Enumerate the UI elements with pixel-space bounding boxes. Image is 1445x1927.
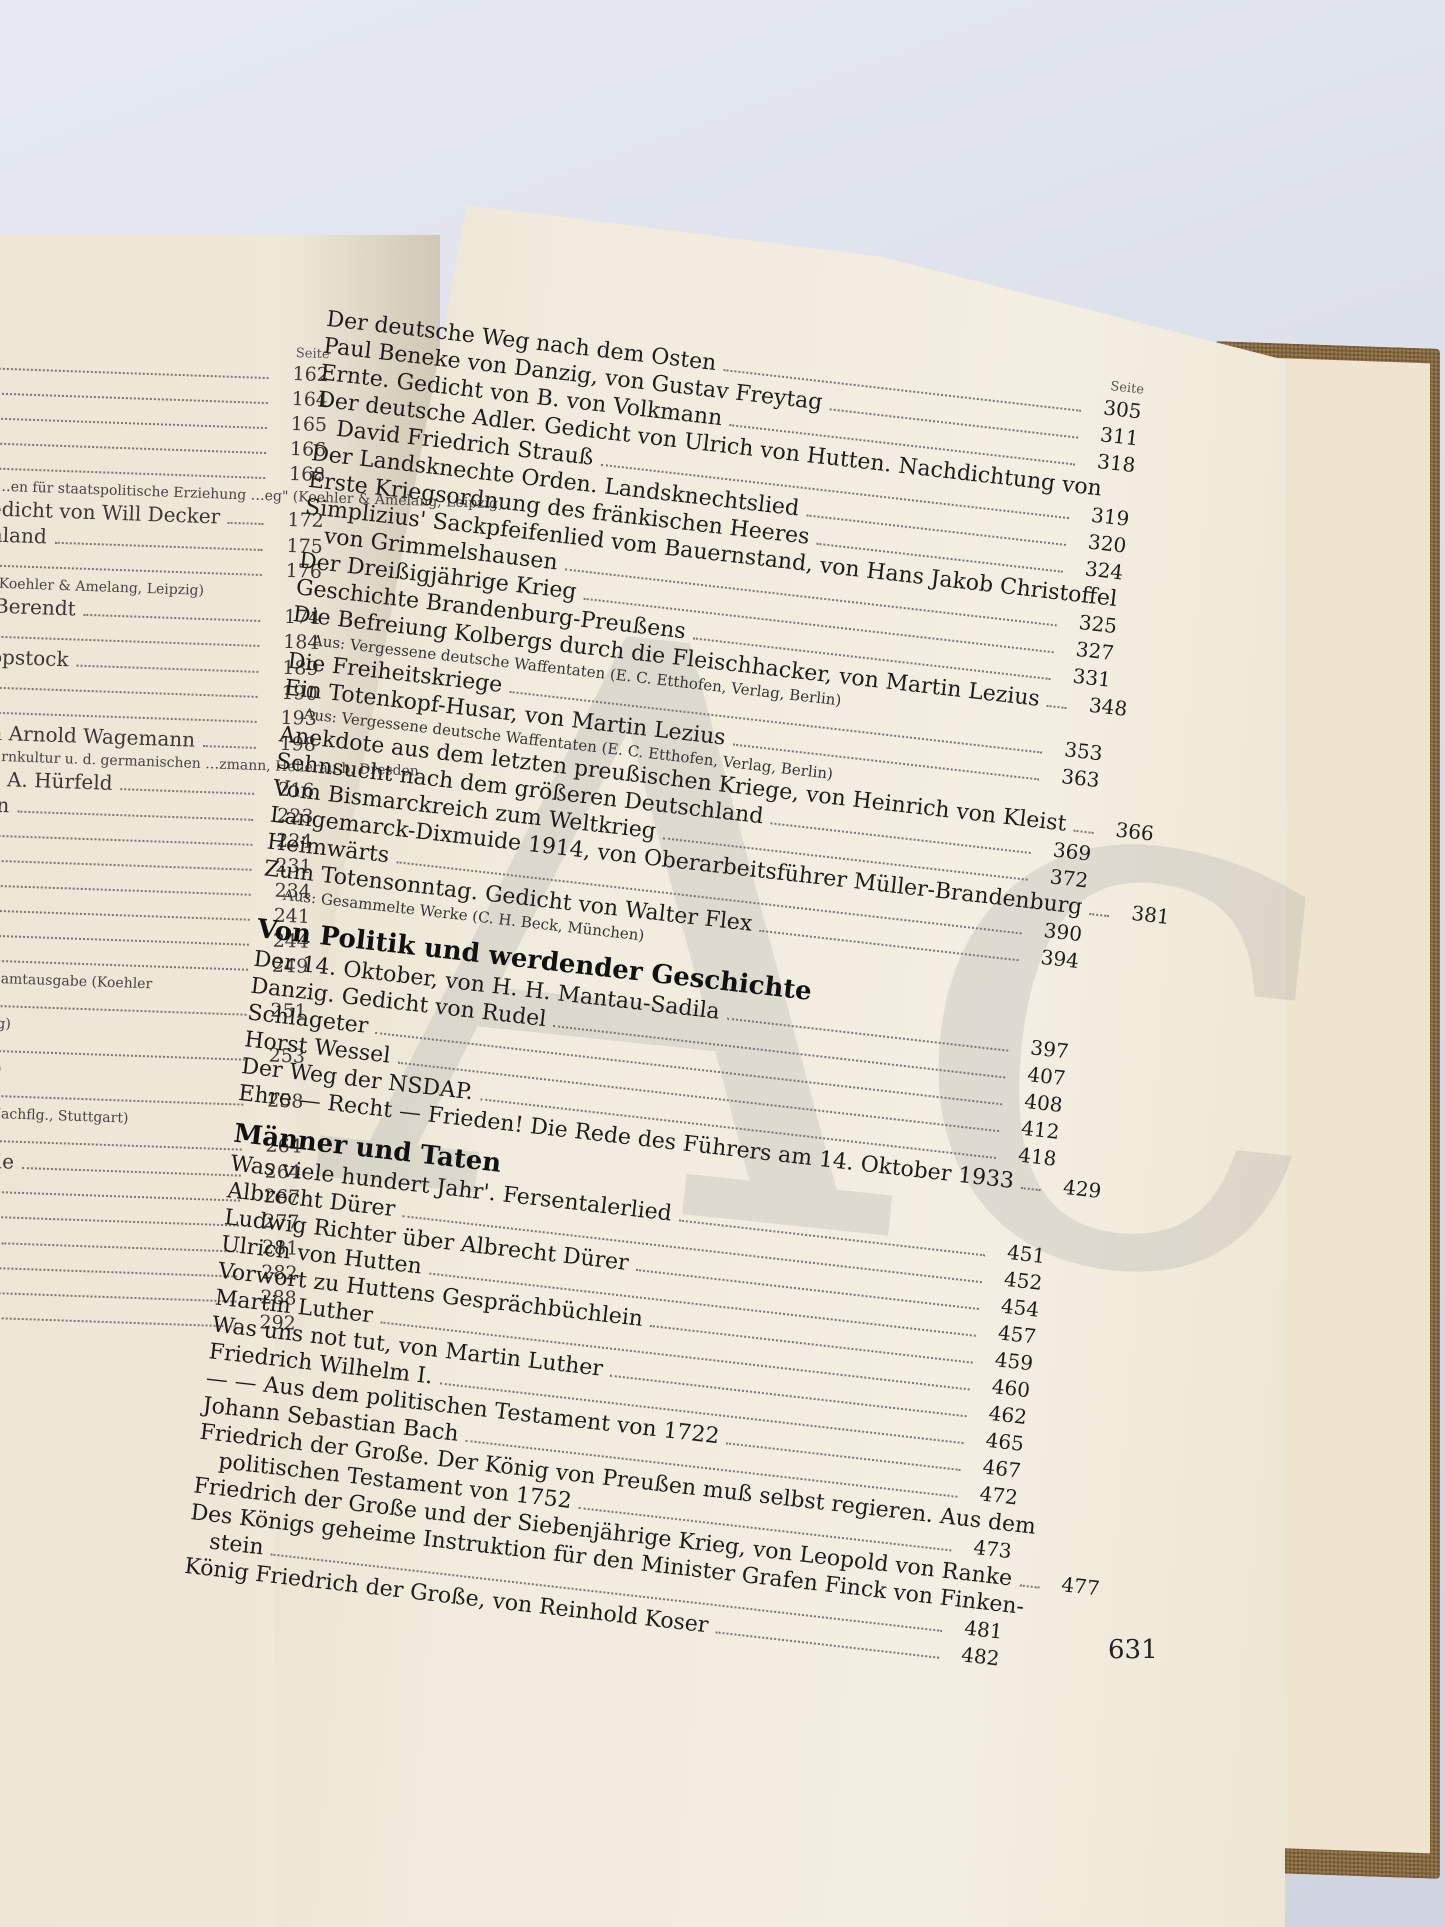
dot-leader bbox=[0, 959, 248, 971]
toc-entry-page: 366 bbox=[1100, 815, 1155, 848]
dot-leader bbox=[0, 1139, 242, 1151]
toc-entry-title: …eide bbox=[0, 1148, 14, 1175]
dot-leader bbox=[0, 909, 250, 921]
dot-leader bbox=[0, 711, 257, 723]
toc-entry-page: 381 bbox=[1116, 898, 1171, 931]
dot-leader bbox=[0, 1291, 236, 1303]
dot-leader bbox=[0, 859, 252, 871]
toc-entry-title: Jahn bbox=[0, 792, 10, 819]
dot-leader bbox=[1, 1242, 238, 1252]
dot-leader bbox=[76, 665, 258, 673]
dot-leader bbox=[0, 467, 265, 479]
toc-entry-title: Klopstock bbox=[0, 644, 69, 672]
dot-leader bbox=[0, 884, 251, 896]
dot-leader bbox=[1021, 1187, 1041, 1191]
dot-leader bbox=[0, 1215, 239, 1227]
dot-leader bbox=[0, 1266, 237, 1278]
dot-leader bbox=[0, 1094, 243, 1106]
dot-leader bbox=[228, 522, 264, 525]
dot-leader bbox=[0, 1316, 236, 1328]
dot-leader bbox=[120, 788, 254, 795]
toc-entry-title: F. Berendt bbox=[0, 593, 76, 622]
dot-leader bbox=[0, 1004, 246, 1016]
dot-leader bbox=[55, 542, 263, 551]
dot-leader bbox=[0, 564, 262, 576]
dot-leader bbox=[17, 811, 253, 821]
dot-leader bbox=[0, 1190, 240, 1202]
toc-entry-page: 394 bbox=[1026, 942, 1081, 975]
dot-leader bbox=[1047, 705, 1067, 709]
toc-entry-page: 477 bbox=[1046, 1570, 1101, 1603]
dot-leader bbox=[0, 834, 252, 846]
dot-leader bbox=[0, 934, 249, 946]
toc-entry-page: 348 bbox=[1074, 690, 1129, 723]
right-toc: Seite Der deutsche Weg nach dem Osten305… bbox=[183, 290, 1145, 1672]
toc-entry-page: 429 bbox=[1048, 1172, 1103, 1205]
dot-leader bbox=[0, 686, 258, 698]
dot-leader bbox=[83, 614, 260, 622]
toc-entry-page: 482 bbox=[946, 1640, 1001, 1673]
dot-leader bbox=[0, 1049, 245, 1061]
dot-leader bbox=[203, 745, 256, 749]
dot-leader bbox=[0, 635, 259, 647]
toc-entry-title: von A. Hürfeld bbox=[0, 766, 113, 796]
dot-leader bbox=[1073, 830, 1093, 834]
page-number: 631 bbox=[1108, 1635, 1158, 1665]
dot-leader bbox=[22, 1167, 241, 1177]
toc-entry-title: Uhland bbox=[0, 522, 47, 550]
toc-entry-page: 363 bbox=[1046, 761, 1101, 794]
